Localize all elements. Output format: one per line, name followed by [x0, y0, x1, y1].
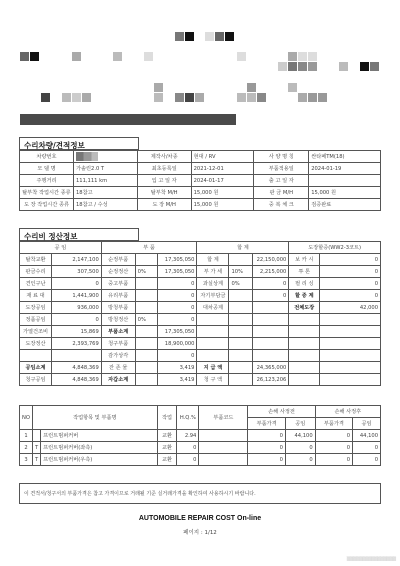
label: 합 계	[197, 254, 229, 266]
header-code: 부품코드	[199, 406, 248, 430]
label: 대차공제	[197, 302, 229, 314]
value: 15,000 원	[309, 187, 381, 199]
label: 출 고 일 자	[254, 175, 309, 187]
value	[253, 326, 289, 338]
value: 1,441,900	[51, 290, 101, 302]
value: 26,123,206	[253, 374, 289, 386]
cell: 0	[285, 454, 315, 466]
table-row: 탈착교환2,147,100순정부품17,305,050합 계22,150,000…	[20, 254, 381, 266]
value	[135, 290, 157, 302]
cell: T	[32, 442, 40, 454]
table-row: 1프런트범퍼커버교환2.94044,100044,100	[20, 430, 381, 442]
table-row: 청구공임4,848,369자갑소계3,419청 구 액26,123,206	[20, 374, 381, 386]
value: 현대 / RV	[191, 151, 254, 163]
value	[320, 362, 381, 374]
value	[135, 278, 157, 290]
header-parts: 부 품	[101, 242, 197, 254]
label: 공임소계	[20, 362, 52, 374]
label: 방청부품	[101, 302, 135, 314]
label: 부 가 세	[197, 266, 229, 278]
label: 탈부착 M/H	[137, 187, 191, 199]
value	[253, 350, 289, 362]
label: 전체도장	[289, 302, 320, 314]
cell: 0	[248, 442, 285, 454]
cell: 0	[177, 454, 199, 466]
table-row: 2T프런트범퍼커버(좌측)교환00000	[20, 442, 381, 454]
table-row: 탈부착 작업시간 종류 18참고 탈부착 M/H 15,000 원 판 금 M/…	[20, 187, 381, 199]
vehicle-plate-redacted	[73, 151, 137, 163]
label: 도 장 M/H	[137, 199, 191, 211]
vehicle-section-title: 수리차량/견적정보	[19, 137, 139, 150]
value: 0	[157, 314, 197, 326]
label: 중고부품	[101, 278, 135, 290]
cell: T	[32, 454, 40, 466]
label: 순정부품	[101, 254, 135, 266]
cell: 교환	[157, 454, 177, 466]
value: 0	[253, 278, 289, 290]
table-row: 가열건조비15,869부품소계17,305,050	[20, 326, 381, 338]
settlement-section-title: 수리비 정산정보	[19, 228, 139, 241]
header-item: 작업항목 및 부품명	[32, 406, 157, 430]
value: 18참고	[73, 187, 137, 199]
value: 싼타페TM(18)	[309, 151, 381, 163]
value: 17,305,050	[157, 266, 197, 278]
header-work: 작업	[157, 406, 177, 430]
value	[229, 302, 253, 314]
label: 과실상계	[197, 278, 229, 290]
settlement-table: 공 임 부 품 합 계 도장할증(WW2-3코트) 탈착교환2,147,100순…	[19, 241, 381, 386]
table-header-row: NO 작업항목 및 부품명 작업 H.Q.% 부품코드 손해 사정전 손해 사정…	[20, 406, 381, 418]
value: 24,365,000	[253, 362, 289, 374]
table-row: 주행거리 111,111 km 입 고 일 자 2024-01-17 출 고 일…	[20, 175, 381, 187]
header-before-adjust: 손해 사정전	[248, 406, 315, 418]
label	[289, 350, 320, 362]
cell: 0	[353, 442, 381, 454]
value: 0	[320, 254, 381, 266]
label: 최초등록일	[137, 163, 191, 175]
label: 순정정산	[101, 266, 135, 278]
label	[289, 374, 320, 386]
value: 936,000	[51, 302, 101, 314]
value: 0	[157, 290, 197, 302]
value: 4,848,369	[51, 374, 101, 386]
part-name: 프런트범퍼커버(우측)	[41, 454, 157, 466]
table-row: 차량번호 제작사/차종 현대 / RV 사 양 명 칭 싼타페TM(18)	[20, 151, 381, 163]
cell: 3	[20, 454, 33, 466]
label: 부품적용일	[254, 163, 309, 175]
value: 307,500	[51, 266, 101, 278]
value: 0	[320, 290, 381, 302]
header-hq: H.Q.%	[177, 406, 199, 430]
cell: 0	[315, 442, 352, 454]
table-row: 도장정산2,393,769청구부품18,900,000	[20, 338, 381, 350]
table-row: 공임소계4,848,369잔 존 물3,419지 급 액24,365,000	[20, 362, 381, 374]
cell: 2.94	[177, 430, 199, 442]
label: 방청정산	[101, 314, 135, 326]
value: 18,900,000	[157, 338, 197, 350]
value: 22,150,000	[253, 254, 289, 266]
value	[320, 374, 381, 386]
value: 2,147,100	[51, 254, 101, 266]
value: 0	[51, 278, 101, 290]
vehicle-info-table: 차량번호 제작사/차종 현대 / RV 사 양 명 칭 싼타페TM(18) 모 …	[19, 150, 381, 211]
cell: 0	[285, 442, 315, 454]
label: 펄 리 싱	[289, 278, 320, 290]
value	[229, 254, 253, 266]
value	[229, 326, 253, 338]
label: 지 급 액	[197, 362, 229, 374]
page-number: 페이지 : 1/12	[0, 528, 400, 536]
value: 0	[157, 302, 197, 314]
value: 0	[320, 266, 381, 278]
label: 감가상각	[101, 350, 135, 362]
header-after-adjust: 손해 사정후	[315, 406, 380, 418]
table-row: 정품공임0방청정산0%0	[20, 314, 381, 326]
value	[229, 350, 253, 362]
value	[320, 350, 381, 362]
value: 42,000	[320, 302, 381, 314]
table-row: 감가상각0	[20, 350, 381, 362]
value	[320, 338, 381, 350]
timestamp-watermark: ▒▒▒▒▒▒▒▒▒▒▒▒▒▒▒▒	[347, 556, 396, 561]
label	[197, 314, 229, 326]
table-row: 3T프런트범퍼커버(우측)교환00000	[20, 454, 381, 466]
label: 주행거리	[20, 175, 74, 187]
value	[229, 290, 253, 302]
value: 0%	[135, 314, 157, 326]
label: 청구공임	[20, 374, 52, 386]
cell	[199, 430, 248, 442]
label	[197, 338, 229, 350]
label	[289, 338, 320, 350]
part-name: 프런트범퍼커버	[41, 430, 157, 442]
value: 0	[157, 278, 197, 290]
cell	[199, 442, 248, 454]
value: 2,393,769	[51, 338, 101, 350]
header-part-price: 부품가격	[248, 418, 285, 430]
table-row: 도장공임936,000방청부품0대차공제전체도장42,000	[20, 302, 381, 314]
value: 2021-12-01	[191, 163, 254, 175]
value: 3,419	[157, 362, 197, 374]
value: 0	[253, 290, 289, 302]
value: 검증완료	[309, 199, 381, 211]
table-row: 도 장 작업시간 종류 18참고 / 수성 도 장 M/H 15,000 원 중…	[20, 199, 381, 211]
value: 0	[157, 350, 197, 362]
value	[135, 338, 157, 350]
table-header-row: 공 임 부 품 합 계 도장할증(WW2-3코트)	[20, 242, 381, 254]
label: 중 복 체 크	[254, 199, 309, 211]
cell: 0	[177, 442, 199, 454]
value: 10%	[229, 266, 253, 278]
value: 3,419	[157, 374, 197, 386]
value: 0%	[135, 266, 157, 278]
value: 2024-01-19	[309, 163, 381, 175]
table-row: 재 료 대1,441,900유리부품0자기부담금0할 증 계0	[20, 290, 381, 302]
header-part-price: 부품가격	[315, 418, 352, 430]
label: 보 카 시	[289, 254, 320, 266]
cell: 0	[248, 454, 285, 466]
value: 17,305,050	[157, 326, 197, 338]
value	[135, 362, 157, 374]
label: 모 델 명	[20, 163, 74, 175]
label: 정품공임	[20, 314, 52, 326]
label: 판 금 M/H	[254, 187, 309, 199]
label: 투 톤	[289, 266, 320, 278]
value	[253, 338, 289, 350]
cell	[32, 430, 40, 442]
table-row: 판금수리307,500순정정산0%17,305,050부 가 세10%2,215…	[20, 266, 381, 278]
value: 111,111 km	[73, 175, 137, 187]
value	[135, 254, 157, 266]
label: 할 증 계	[289, 290, 320, 302]
header-labor: 공임	[285, 418, 315, 430]
label: 판금수리	[20, 266, 52, 278]
value: 0%	[229, 278, 253, 290]
cell: 2	[20, 442, 33, 454]
value	[320, 326, 381, 338]
value: 2024-01-17	[191, 175, 254, 187]
label	[289, 362, 320, 374]
header-paint-surcharge: 도장할증(WW2-3코트)	[289, 242, 381, 254]
label: 도장정산	[20, 338, 52, 350]
label: 가열건조비	[20, 326, 52, 338]
value	[320, 314, 381, 326]
label	[197, 350, 229, 362]
table-row: 모 델 명 가솔린2.0 T 최초등록일 2021-12-01 부품적용일 20…	[20, 163, 381, 175]
value	[229, 362, 253, 374]
value	[253, 302, 289, 314]
label: 도 장 작업시간 종류	[20, 199, 74, 211]
value: 2,215,000	[253, 266, 289, 278]
value: 15,000 원	[191, 187, 254, 199]
value: 18참고 / 수성	[73, 199, 137, 211]
label: 청구부품	[101, 338, 135, 350]
value	[309, 175, 381, 187]
part-name: 프런트범퍼커버(좌측)	[41, 442, 157, 454]
cell: 44,100	[353, 430, 381, 442]
footer-title: AUTOMOBILE REPAIR COST On-line	[0, 515, 400, 522]
parts-table: NO 작업항목 및 부품명 작업 H.Q.% 부품코드 손해 사정전 손해 사정…	[19, 405, 381, 466]
cell: 0	[248, 430, 285, 442]
header-total: 합 계	[197, 242, 289, 254]
cell: 교환	[157, 430, 177, 442]
label: 입 고 일 자	[137, 175, 191, 187]
cell: 교환	[157, 442, 177, 454]
cell: 1	[20, 430, 33, 442]
value	[229, 338, 253, 350]
label	[289, 314, 320, 326]
table-row: 견인구난0중고부품0과실상계0%0펄 리 싱0	[20, 278, 381, 290]
value	[135, 374, 157, 386]
cell: 0	[353, 454, 381, 466]
header-labor: 공 임	[20, 242, 102, 254]
cell: 44,100	[285, 430, 315, 442]
cell: 0	[315, 454, 352, 466]
value	[135, 350, 157, 362]
cell: 0	[315, 430, 352, 442]
value: 0	[320, 278, 381, 290]
label: 재 료 대	[20, 290, 52, 302]
label: 탈부착 작업시간 종류	[20, 187, 74, 199]
header-no: NO	[20, 406, 33, 430]
value	[229, 374, 253, 386]
label: 자갑소계	[101, 374, 135, 386]
label: 잔 존 물	[101, 362, 135, 374]
value: 15,000 원	[191, 199, 254, 211]
value	[135, 326, 157, 338]
header-labor: 공임	[353, 418, 381, 430]
value: 4,848,369	[51, 362, 101, 374]
redacted-bar	[20, 114, 236, 125]
label	[289, 326, 320, 338]
value: 0	[51, 314, 101, 326]
label: 부품소계	[101, 326, 135, 338]
label: 견인구난	[20, 278, 52, 290]
label	[20, 350, 52, 362]
value	[229, 314, 253, 326]
label: 탈착교환	[20, 254, 52, 266]
value: 17,305,050	[157, 254, 197, 266]
label: 도장공임	[20, 302, 52, 314]
label: 청 구 액	[197, 374, 229, 386]
value: 가솔린2.0 T	[73, 163, 137, 175]
value: 15,869	[51, 326, 101, 338]
label: 자기부담금	[197, 290, 229, 302]
label: 사 양 명 칭	[254, 151, 309, 163]
label: 차량번호	[20, 151, 74, 163]
value	[253, 314, 289, 326]
notice-box: 이 견적서/청구서의 부품가격은 참고 가격이므로 거래될 기준 실거래가격을 …	[19, 483, 381, 504]
label: 유리부품	[101, 290, 135, 302]
label	[197, 326, 229, 338]
value	[51, 350, 101, 362]
label: 제작사/차종	[137, 151, 191, 163]
cell	[199, 454, 248, 466]
value	[135, 302, 157, 314]
